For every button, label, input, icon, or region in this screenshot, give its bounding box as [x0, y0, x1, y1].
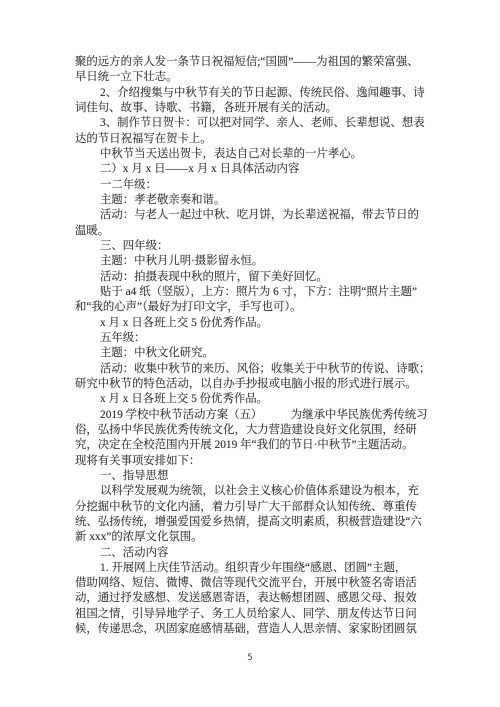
- text-line: 新 xxx”的浓厚文化氛围。: [75, 530, 435, 545]
- document-page: 聚的远方的亲人发一条节日祝福短信;“国圆”——为祖国的繁荣富强、早日统一立下壮志…: [0, 0, 500, 707]
- text-line: 分挖掘中秋节的文化内涵，着力引导广大干部群众认知传统、尊重传: [75, 500, 435, 515]
- text-line: 借助网络、短信、微博、微信等现代交流平台，开展中秋签名寄语活: [75, 576, 435, 591]
- text-line: x 月 x 日各班上交 5 份优秀作品。: [75, 392, 435, 407]
- text-line: 温暖。: [75, 224, 435, 239]
- text-line: 1. 开展网上庆佳节活动。组织青少年围绕“感恩、团圆”主题，: [75, 561, 435, 576]
- text-line: 以科学发展观为统领，以社会主义核心价值体系建设为根本，充: [75, 484, 435, 499]
- text-line: 二、活动内容: [75, 546, 435, 561]
- text-line: 主题：中秋月儿明·摄影留永恒。: [75, 254, 435, 269]
- text-line: 早日统一立下壮志。: [75, 70, 435, 85]
- text-line: 统、弘扬传统，增强爱国爱乡热情，提高文明素质，积极营造建设“六: [75, 515, 435, 530]
- text-line: 俗，弘扬中华民族优秀传统文化，大力营造建设良好文化氛围，经研: [75, 423, 435, 438]
- text-line: 二）x 月 x 日——x 月 x 日具体活动内容: [75, 162, 435, 177]
- text-line: 活动：收集中秋节的来历、风俗；收集关于中秋节的传说、诗歌；: [75, 362, 435, 377]
- text-line: 活动：与老人一起过中秋、吃月饼，为长辈送祝福，带去节日的: [75, 208, 435, 223]
- text-line: 词佳句、故事、诗歌、书籍，各班开展有关的活动。: [75, 101, 435, 116]
- text-line: 达的节日祝福写在贺卡上。: [75, 132, 435, 147]
- text-line: 活动：拍摄表现中秋的照片，留下美好回忆。: [75, 270, 435, 285]
- text-line: 究，决定在全校范围内开展 2019 年“我们的节日·中秋节”主题活动。: [75, 438, 435, 453]
- text-line: 一二年级：: [75, 178, 435, 193]
- document-text: 聚的远方的亲人发一条节日祝福短信;“国圆”——为祖国的繁荣富强、早日统一立下壮志…: [75, 55, 435, 637]
- text-line: 动，通过抒发感想、发送感恩寄语，表达畅想团圆、感恩父母、报效: [75, 591, 435, 606]
- text-line: x 月 x 日各班上交 5 份优秀作品。: [75, 316, 435, 331]
- text-line: 现将有关事项安排如下：: [75, 454, 435, 469]
- text-line: 研究中秋节的特色活动，以自办手抄报或电脑小报的形式进行展示。: [75, 377, 435, 392]
- text-line: 三、四年级：: [75, 239, 435, 254]
- text-line: 祖国之情，引导异地学子、务工人员给家人、同学、朋友传达节日问: [75, 607, 435, 622]
- page-number: 5: [0, 653, 500, 663]
- text-line: 贴于 a4 纸（竖版），上方：照片为 6 寸，下方：注明“照片主题”: [75, 285, 435, 300]
- text-line: 聚的远方的亲人发一条节日祝福短信;“国圆”——为祖国的繁荣富强、: [75, 55, 435, 70]
- text-line: 一、指导思想: [75, 469, 435, 484]
- text-line: 中秋节当天送出贺卡，表达自己对长辈的一片孝心。: [75, 147, 435, 162]
- text-line: 2、介绍搜集与中秋节有关的节日起源、传统民俗、逸闻趣事、诗: [75, 86, 435, 101]
- text-line: 3、制作节日贺卡：可以把对同学、亲人、老师、长辈想说、想表: [75, 116, 435, 131]
- text-line: 五年级：: [75, 331, 435, 346]
- text-line: 主题：中秋文化研究。: [75, 346, 435, 361]
- text-line: 和“我的心声”（最好为打印文字，手写也可）。: [75, 300, 435, 315]
- text-line: 候，传递思念，巩固家庭感情基础，营造人人思亲情、家家盼团圆氛: [75, 622, 435, 637]
- text-line: 2019 学校中秋节活动方案（五） 为继承中华民族优秀传统习: [75, 408, 435, 423]
- text-line: 主题：孝老敬亲奏和谐。: [75, 193, 435, 208]
